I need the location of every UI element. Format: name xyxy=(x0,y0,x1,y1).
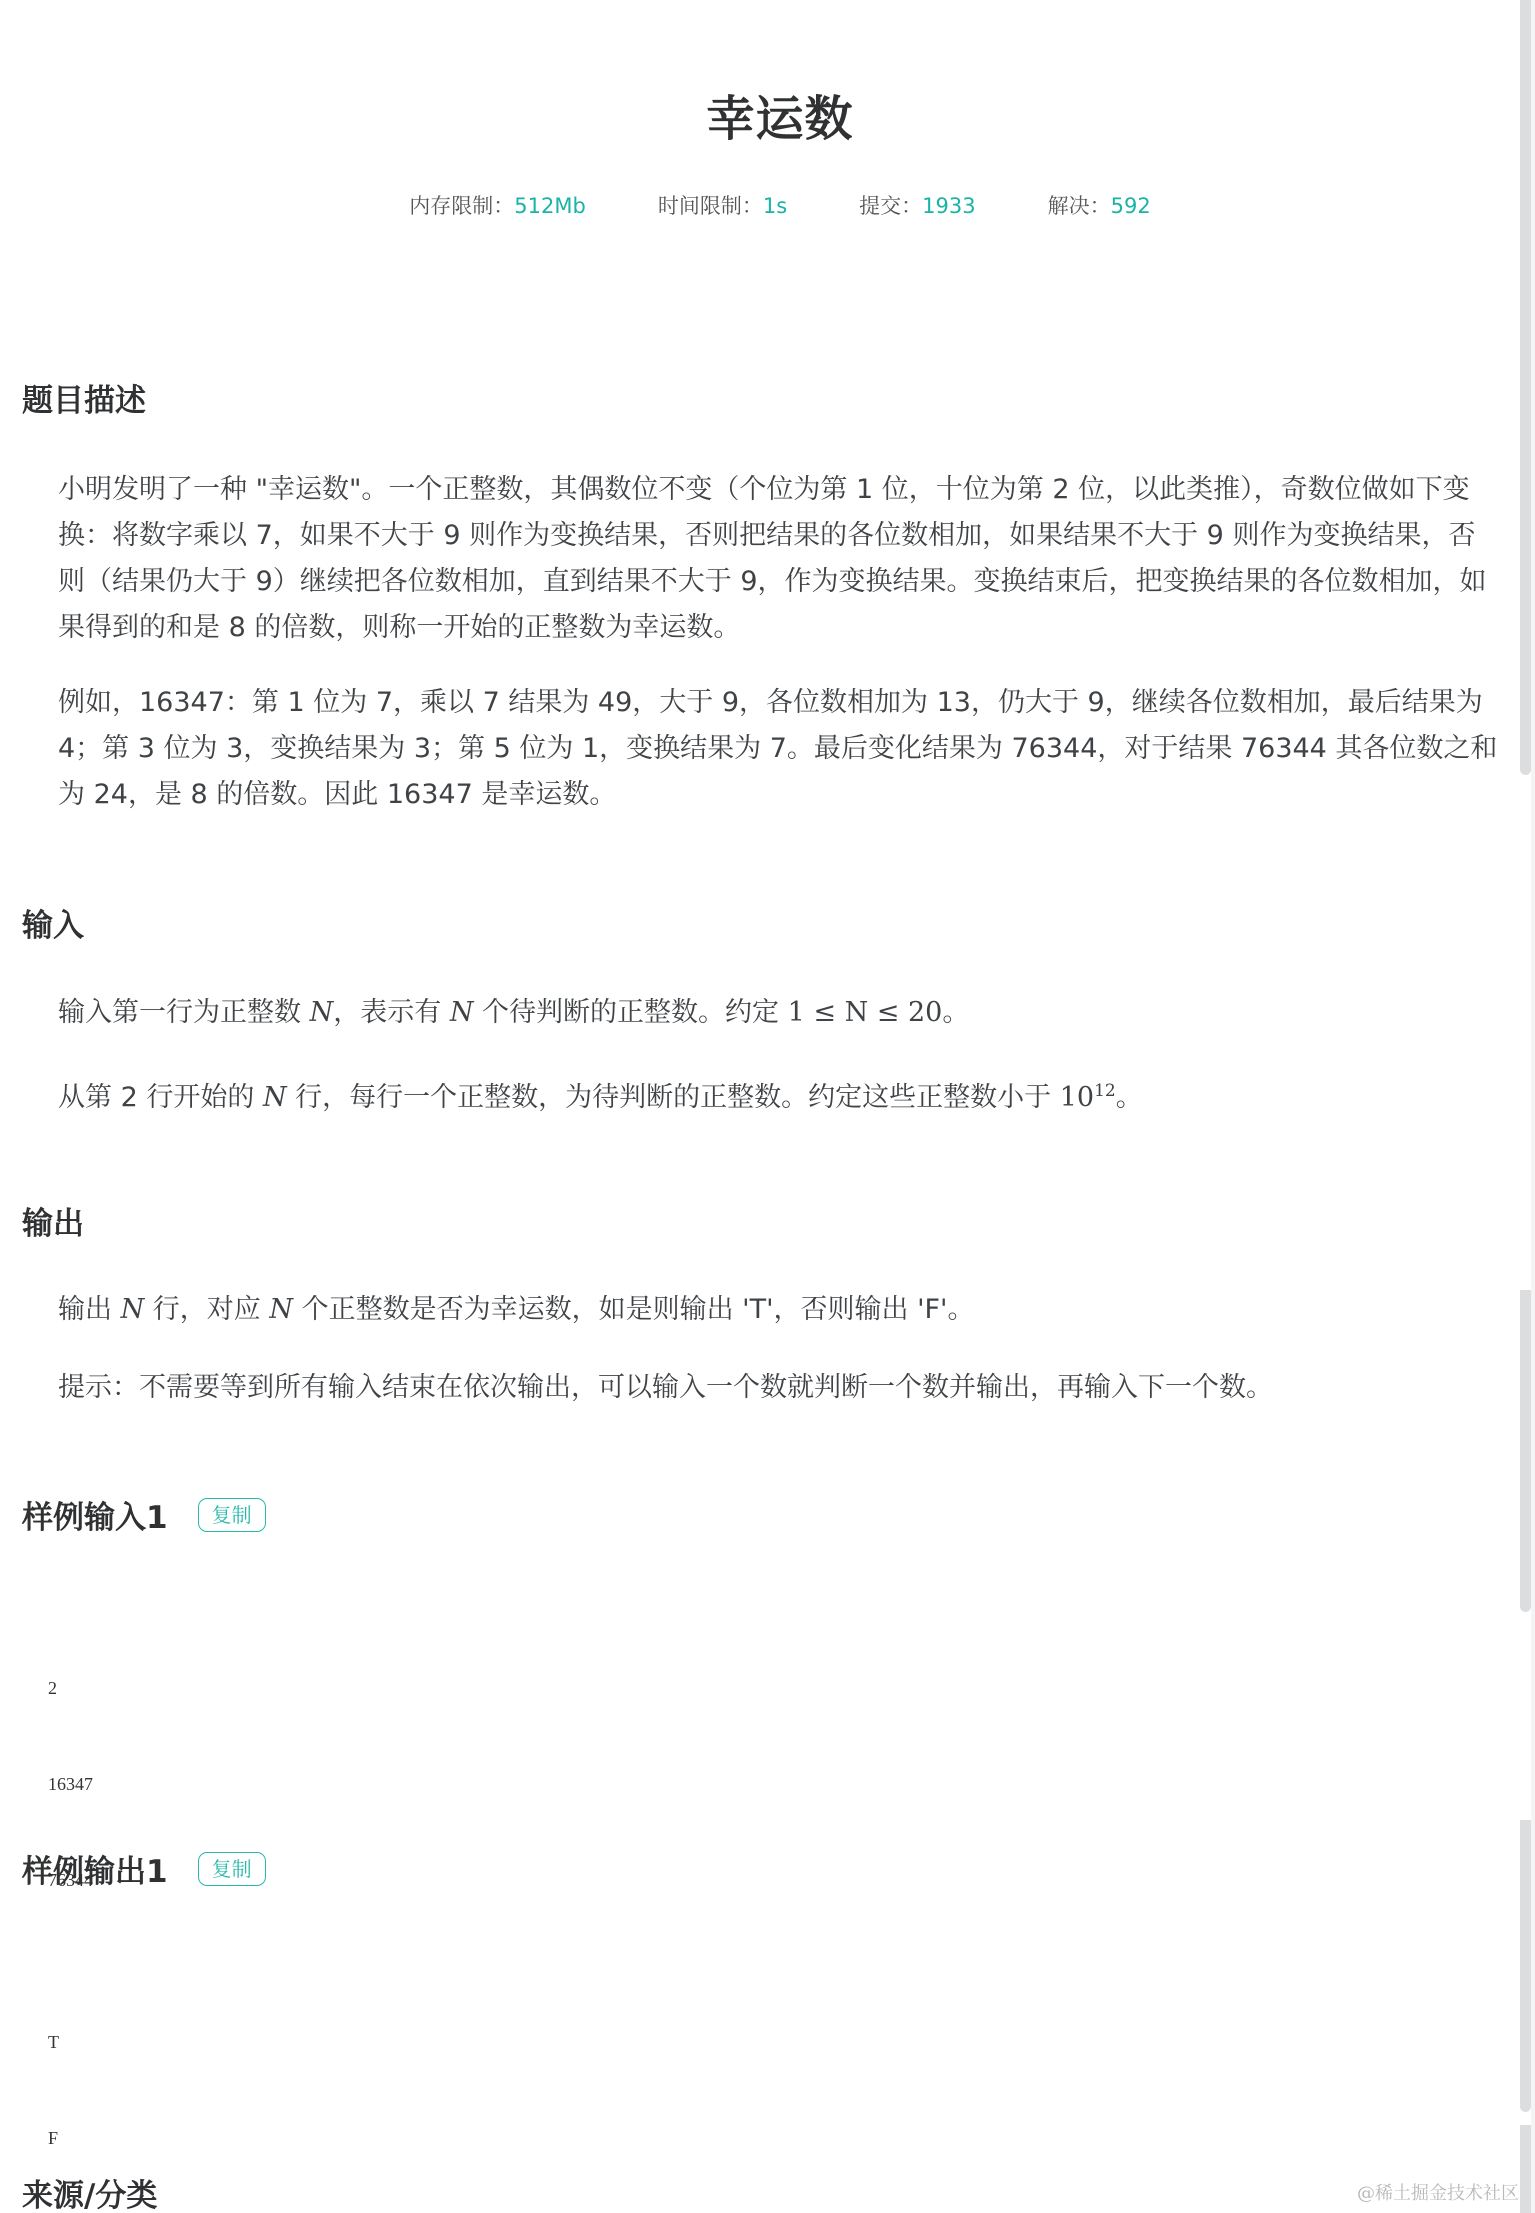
description-heading-text: 题目描述 xyxy=(22,375,146,420)
description-heading: 题目描述 xyxy=(22,375,146,420)
scrollbar-thumb[interactable] xyxy=(1520,2125,1531,2213)
code-line: 2 xyxy=(48,1672,93,1704)
scrollbar-thumb[interactable] xyxy=(1520,1290,1531,1612)
sample-input-heading-text: 样例输入1 xyxy=(22,1492,168,1537)
text: 个待判断的正整数。约定 xyxy=(473,997,787,1028)
output-hint: 提示：不需要等到所有输入结束在依次输出，可以输入一个数就判断一个数并输出，再输入… xyxy=(58,1365,1498,1411)
submissions: 提交：1933 xyxy=(859,190,975,220)
memory-limit-value: 512Mb xyxy=(514,194,586,218)
submissions-value: 1933 xyxy=(922,194,975,218)
problem-page: 幸运数 内存限制：512Mb 时间限制：1s 提交：1933 解决：592 题目… xyxy=(0,0,1515,2213)
solved: 解决：592 xyxy=(1048,190,1151,220)
code-line: F xyxy=(48,2122,66,2154)
input-line-2: 从第 2 行开始的 N 行，每行一个正整数，为待判断的正整数。约定这些正整数小于… xyxy=(58,1068,1498,1121)
input-heading-text: 输入 xyxy=(22,900,84,945)
output-heading: 输出 xyxy=(22,1198,84,1243)
description-paragraph-2: 例如，16347：第 1 位为 7，乘以 7 结果为 49，大于 9，各位数相加… xyxy=(58,680,1498,818)
sample-input-code: 2 16347 76344 xyxy=(48,1608,93,1960)
problem-title: 幸运数 xyxy=(0,80,1535,149)
output-line-1: 输出 N 行，对应 N 个正整数是否为幸运数，如是则输出 'T'，否则输出 'F… xyxy=(58,1287,1498,1333)
submissions-label: 提交： xyxy=(859,194,922,218)
problem-meta: 内存限制：512Mb 时间限制：1s 提交：1933 解决：592 xyxy=(0,190,1535,220)
text: 行，每行一个正整数，为待判断的正整数。约定这些正整数小于 xyxy=(287,1082,1060,1113)
memory-limit-label: 内存限制： xyxy=(409,194,514,218)
sample-output-heading-text: 样例输出1 xyxy=(22,1846,168,1891)
sample-output-heading: 样例输出1 复制 xyxy=(22,1846,266,1891)
text: 。 xyxy=(942,997,969,1028)
copy-sample-output-button[interactable]: 复制 xyxy=(198,1852,266,1886)
solved-label: 解决： xyxy=(1048,194,1111,218)
math-var: N xyxy=(121,1294,145,1325)
text: 行，对应 xyxy=(144,1294,269,1325)
scrollbar-thumb[interactable] xyxy=(1520,0,1531,775)
math-var: N xyxy=(263,1082,287,1113)
input-heading: 输入 xyxy=(22,900,84,945)
math-exponent: 12 xyxy=(1094,1081,1116,1101)
text: ，表示有 xyxy=(333,997,450,1028)
scrollbar-track[interactable] xyxy=(1531,0,1535,2213)
solved-value: 592 xyxy=(1111,194,1151,218)
copy-sample-input-button[interactable]: 复制 xyxy=(198,1498,266,1532)
math-var: N xyxy=(450,997,474,1028)
memory-limit: 内存限制：512Mb xyxy=(409,190,586,220)
source-heading-text: 来源/分类 xyxy=(22,2170,157,2213)
time-limit: 时间限制：1s xyxy=(658,190,787,220)
sample-input-heading: 样例输入1 复制 xyxy=(22,1492,266,1537)
text: 个正整数是否为幸运数，如是则输出 'T'，否则输出 'F'。 xyxy=(293,1294,974,1325)
code-line: T xyxy=(48,2026,66,2058)
time-limit-label: 时间限制： xyxy=(658,194,763,218)
input-line-1: 输入第一行为正整数 N，表示有 N 个待判断的正整数。约定 1 ≤ N ≤ 20… xyxy=(58,990,1498,1036)
source-heading: 来源/分类 xyxy=(22,2170,157,2213)
math-var: N xyxy=(269,1294,293,1325)
math-base: 10 xyxy=(1060,1082,1094,1113)
time-limit-value: 1s xyxy=(763,194,787,218)
math-var: N xyxy=(310,997,334,1028)
text: 输出 xyxy=(58,1294,121,1325)
output-heading-text: 输出 xyxy=(22,1198,84,1243)
math-constraint: 1 ≤ N ≤ 20 xyxy=(788,997,943,1028)
text: 。 xyxy=(1116,1082,1143,1113)
scrollbar-thumb[interactable] xyxy=(1520,1820,1531,2112)
code-line: 16347 xyxy=(48,1768,93,1800)
text: 从第 2 行开始的 xyxy=(58,1082,263,1113)
watermark: @稀土掘金技术社区 xyxy=(1357,2179,1519,2205)
text: 输入第一行为正整数 xyxy=(58,997,310,1028)
description-paragraph-1: 小明发明了一种 "幸运数"。一个正整数，其偶数位不变（个位为第 1 位，十位为第… xyxy=(58,467,1498,651)
